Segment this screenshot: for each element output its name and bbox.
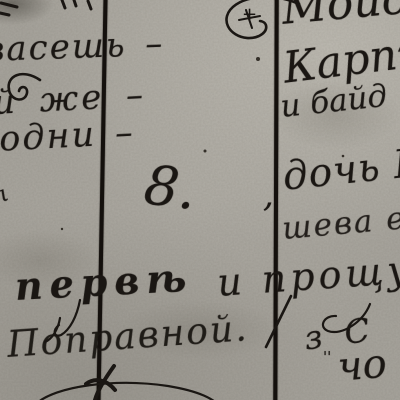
handwriting-right-line-5: шева е (281, 203, 400, 245)
plus-mark: + (242, 6, 257, 24)
ink-speck (256, 57, 260, 61)
column-rule-right (273, 0, 278, 400)
handwriting-left-line-3: родни – (0, 116, 136, 159)
comma-mark: , (263, 178, 274, 212)
handwriting-right-line-3: и байд (279, 81, 388, 123)
handwriting-right-line-4: дочь Р (281, 144, 400, 197)
cut-text-top-left-corner (0, 3, 17, 15)
handwriting-span-row1-right: и прощу (216, 250, 400, 302)
cut-text-top-edge (62, 0, 91, 9)
edge-tick-mark: ι (0, 183, 12, 207)
flourish-rule-cross-stroke (266, 296, 291, 347)
handwriting-span-row1-left: первѣ (14, 259, 194, 306)
handwriting-left-line-1: васешь – (0, 27, 165, 67)
ink-speck (61, 228, 63, 230)
quote-mark: '' (323, 350, 331, 365)
ink-speck (204, 150, 207, 153)
flourish-bottom-ellipse (36, 383, 220, 400)
manuscript-page: васешь – й же – родни – 8. Мойс Карпъ и … (0, 0, 400, 400)
handwriting-span-row2-left: Поправной. (6, 311, 250, 364)
entry-number: 8. (141, 158, 199, 218)
handwriting-right-line-1: Мойс (280, 0, 400, 32)
handwriting-span-row2-right: чо (336, 344, 388, 388)
